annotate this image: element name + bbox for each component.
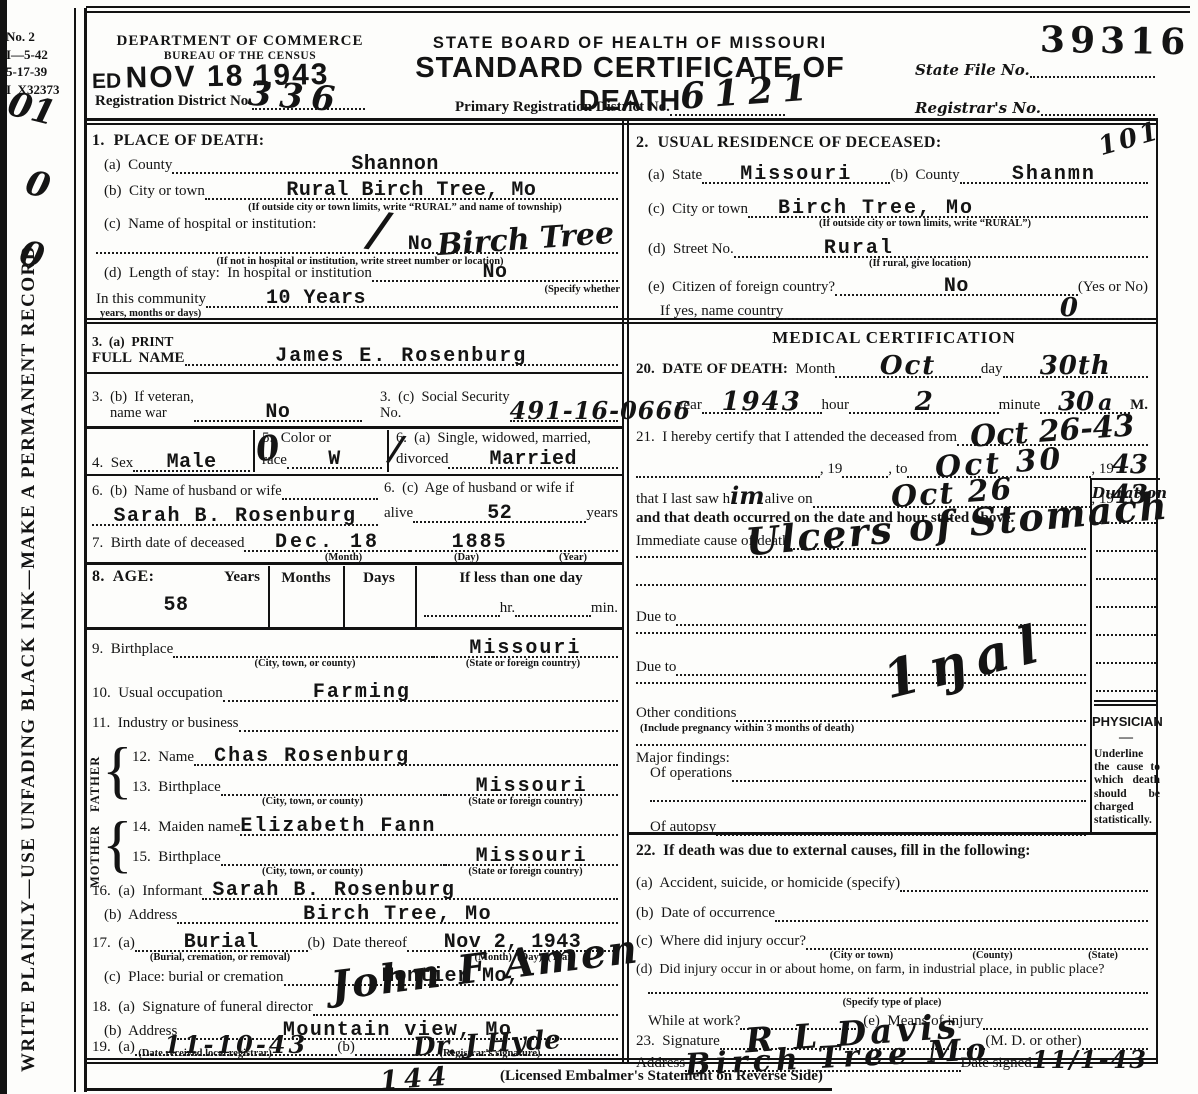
last-saw-label-1: that I last saw h [636, 491, 730, 508]
veteran-label-2: name war [92, 405, 167, 421]
cause-dotted-line [636, 584, 1086, 586]
accident-line: (a) Accident, suicide, or homicide (spec… [636, 870, 1148, 892]
age-less-header: If less than one day [424, 570, 618, 587]
birthplace-caption-2: (State or foreign country) [428, 658, 618, 670]
burial-place-label: (c) Place: burial or cremation [104, 969, 284, 986]
hospital-value-script: Birch Tree [436, 219, 615, 261]
date-of-death-line-2: year 1943 hour 2 minute 30 a M. [676, 388, 1148, 414]
registration-district-value: 336 [247, 77, 344, 118]
attended-label: 21. I hereby certify that I attended the… [636, 429, 957, 446]
accident-label: (a) Accident, suicide, or homicide (spec… [636, 875, 900, 892]
dod-hour-label: hour [822, 397, 850, 414]
marital-label-1: 6. (a) Single, widowed, married, [396, 430, 618, 447]
injury-caption-county: (County) [927, 950, 1058, 962]
foreign-country-line: If yes, name country 0 [660, 300, 1148, 320]
father-birthplace-value: Missouri [476, 775, 588, 798]
top-rule-1 [86, 6, 1190, 8]
foreign-country-scrawl: 0 [1060, 293, 1078, 323]
other-conditions-line: Other conditions [636, 702, 1086, 722]
occupation-label: 10. Usual occupation [92, 685, 223, 702]
attended-19b-year: 43 [1112, 452, 1148, 478]
father-birthplace-field-2: Missouri [445, 774, 618, 796]
informant-address-label: (b) Address [104, 907, 177, 924]
birthdate-label: 7. Birth date of deceased [92, 535, 244, 552]
operations-field [732, 780, 1086, 782]
birthdate-line: 7. Birth date of deceased Dec. 18 1885 [92, 528, 618, 552]
occurrence-date-field [775, 920, 1148, 922]
spouse-value: Sarah B. Rosenburg [113, 505, 356, 528]
header-board-title: STATE BOARD OF HEALTH OF MISSOURI [390, 34, 870, 53]
residence-state-county-line: (a) State Missouri (b) County Shanmn [648, 158, 1148, 184]
injury-caption-state: (State) [1058, 950, 1148, 962]
registrar-no-line: Registrar's No. [915, 92, 1155, 116]
center-divider-2 [627, 118, 629, 1062]
residence-county-field: Shanmn [960, 162, 1148, 184]
birthdate-month-field: Dec. 18 [244, 530, 410, 552]
spouse-age-label-1: 6. (c) Age of husband or wife if [384, 480, 618, 497]
full-name-label-2: FULL NAME [92, 350, 185, 366]
spouse-age-cell: 6. (c) Age of husband or wife if alive 5… [384, 480, 618, 526]
community-label: In this community [96, 291, 206, 308]
industry-field [239, 730, 618, 732]
length-of-stay-field: No [372, 260, 618, 282]
date-of-death-label: 20. DATE OF DEATH: [636, 361, 788, 378]
occurrence-date-label: (b) Date of occurrence [636, 905, 775, 922]
dod-hour-field: 2 [849, 386, 999, 414]
physician-header: PHYSICIAN [1092, 714, 1160, 729]
informant-address-value: Birch Tree, Mo [303, 903, 492, 926]
margin-rule-heavy [84, 8, 87, 1092]
veteran-field: No [194, 400, 362, 422]
birthdate-year-field: 1885 [410, 530, 548, 552]
state-file-line: State File No. [915, 54, 1155, 78]
attended-line-1: 21. I hereby certify that I attended the… [636, 420, 1148, 446]
cause-dotted-line [636, 556, 1086, 558]
injury-location-line: (c) Where did injury occur? [636, 928, 1148, 950]
rule-after-sex [86, 474, 624, 476]
mother-name-value: Elizabeth Fann [240, 815, 436, 838]
duration-double-rule-1 [1094, 700, 1158, 702]
form-ref: I—5-42 [6, 47, 48, 62]
veteran-value: No [265, 401, 290, 424]
ssn-line: 3. (c) Social SecurityNo. 491-16-0666 [380, 380, 618, 422]
full-name-label-1: 3. (a) PRINT [92, 334, 173, 349]
external-causes-heading: 22. If death was due to external causes,… [636, 842, 1030, 860]
disposition-field: Burial [135, 930, 308, 952]
father-name-field: Chas Rosenburg [194, 744, 618, 766]
residence-county-value: Shanmn [1012, 163, 1096, 186]
age-min-label: min. [591, 600, 618, 617]
section1-heading: 1. PLACE OF DEATH: [92, 132, 265, 150]
ssn-label-1: 3. (c) Social Security [380, 389, 510, 405]
duration-column: Duration PHYSICIAN — Underline the cause… [1090, 478, 1160, 832]
dod-day-label: day [981, 361, 1003, 378]
duration-dotted [1096, 662, 1156, 664]
due-to-label-2: Due to [636, 659, 676, 676]
occurrence-date-line: (b) Date of occurrence [636, 900, 1148, 922]
race-field: W [287, 447, 382, 469]
full-name-line: 3. (a) PRINTFULL NAME James E. Rosenburg [92, 332, 618, 366]
age-min-field [515, 615, 591, 617]
industry-line: 11. Industry or business [92, 710, 618, 732]
spouse-age-field: 52 [413, 501, 586, 523]
date-of-death-line-1: 20. DATE OF DEATH: Month Oct day 30th [636, 352, 1148, 378]
father-name-label: 12. Name [132, 749, 194, 766]
registrar-signature-number: (b) [337, 1039, 355, 1056]
duration-dotted [1096, 606, 1156, 608]
attended-lead-field [636, 476, 820, 478]
full-name-field: James E. Rosenburg [185, 344, 618, 366]
top-rule-2 [86, 11, 1190, 13]
primary-district-label: Primary Registration District No. [455, 99, 670, 116]
residence-street-label: (d) Street No. [648, 241, 734, 258]
veteran-label: 3. (b) If veteran,name war [92, 390, 194, 422]
spouse-age-label-2: alive [384, 505, 413, 522]
race-scrawl-mark: 0 [254, 431, 282, 468]
veteran-line: 3. (b) If veteran,name war No [92, 380, 362, 422]
rule-after-age [86, 627, 624, 630]
cause-dotted-line [650, 800, 1086, 802]
spouse-field: Sarah B. Rosenburg [92, 504, 378, 526]
medical-scrawl-mark: 1ŋal [878, 617, 1053, 708]
injury-location-captions: (City or town) (County) (State) [636, 950, 1148, 962]
registration-district-label: Registration District No. [95, 93, 252, 110]
dod-month-label: Month [788, 361, 836, 378]
age-years-value: 58 [92, 594, 260, 617]
place-city-caption: (If outside city or town limits, write “… [190, 202, 620, 214]
mother-name-field: Elizabeth Fann [240, 814, 618, 836]
injury-caption-city: (City or town) [796, 950, 927, 962]
section-rule [86, 322, 1156, 324]
section2-heading: 2. USUAL RESIDENCE OF DECEASED: [636, 134, 942, 152]
form-ref: 5-17-39 [6, 64, 47, 79]
rule-after-veteran [86, 426, 624, 429]
state-file-label: State File No. [915, 63, 1030, 78]
spouse-cell: 6. (b) Name of husband or wife Sarah B. … [92, 480, 378, 526]
sex-value: Male [167, 451, 217, 474]
duration-header: Duration [1092, 486, 1160, 501]
attended-19b-label: , 19 [1091, 461, 1114, 478]
place-county-label: (a) County [104, 157, 172, 174]
sex-label: 4. Sex [92, 455, 133, 472]
place-city-line: (b) City or town Rural Birch Tree, Mo [104, 176, 618, 200]
scan-edge-bar [0, 0, 7, 1094]
place-city-field: Rural Birch Tree, Mo [205, 178, 618, 200]
birthplace-field-2: Missouri [433, 636, 618, 658]
registrar-no-label: Registrar's No. [915, 101, 1041, 116]
residence-city-field: Birch Tree, Mo [748, 196, 1148, 218]
margin-rule-thin [74, 8, 76, 1092]
place-county-field: Shannon [172, 152, 618, 174]
ssn-field: 491-16-0666 [510, 396, 618, 422]
residence-county-label: (b) County [890, 167, 959, 184]
dod-year-value: 1943 [721, 387, 801, 417]
place-county-value: Shannon [351, 153, 439, 176]
birthdate-year-value: 1885 [452, 531, 508, 554]
rule-after-birthdate [86, 562, 624, 565]
rule-after-medical [629, 832, 1158, 835]
father-birthplace-captions: (City, town, or county) (State or foreig… [132, 796, 618, 808]
injury-location-label: (c) Where did injury occur? [636, 933, 806, 950]
community-value: 10 Years [266, 287, 366, 310]
place-county-line: (a) County Shannon [104, 150, 618, 174]
birthdate-month-value: Dec. 18 [275, 531, 380, 554]
age-months-header: Months [270, 570, 342, 587]
age-hr-label: hr. [500, 600, 515, 617]
duration-top-rule [1092, 478, 1160, 480]
mother-brace: { [102, 812, 133, 876]
length-of-stay-label: (d) Length of stay: In hospital or insti… [104, 265, 372, 282]
age-years-header: Years [224, 569, 260, 586]
primary-district-value: 6121 [679, 69, 817, 114]
dod-hour-value: 2 [915, 387, 933, 417]
dod-day-field: 30th [1003, 350, 1149, 378]
state-file-field [1030, 76, 1155, 78]
residence-city-line: (c) City or town Birch Tree, Mo [648, 192, 1148, 218]
disposition-number: 17. (a) [92, 935, 135, 952]
marital-value: Married [489, 448, 577, 471]
duration-double-rule-2 [1094, 704, 1158, 706]
spouse-age-value: 52 [487, 502, 512, 525]
dod-month-field: Oct [835, 350, 981, 378]
birthplace-captions: (City, town, or county) (State or foreig… [92, 658, 618, 670]
father-birthplace-label: 13. Birthplace [132, 779, 221, 796]
accident-field [900, 890, 1148, 892]
age-less-cell: If less than one day hr. min. [424, 570, 618, 624]
age-hr-field [424, 615, 500, 617]
bottom-final-rule [86, 1088, 832, 1091]
marital-line: divorced Married [396, 447, 618, 469]
residence-city-value: Birch Tree, Mo [778, 197, 974, 220]
informant-field: Sarah B. Rosenburg [202, 878, 618, 900]
disposition-value: Burial [184, 931, 259, 954]
occupation-field: Farming [223, 680, 618, 702]
father-birthplace-caption-1: (City, town, or county) [192, 796, 433, 808]
ssn-label-2: No. [380, 405, 401, 421]
medical-certification-heading: MEDICAL CERTIFICATION [634, 328, 1154, 348]
funeral-director-label: 18. (a) Signature of funeral director [92, 999, 313, 1016]
dod-day-value: 30th [1040, 351, 1111, 381]
full-name-label: 3. (a) PRINTFULL NAME [92, 335, 185, 366]
injury-place-caption: (Specify type of place) [636, 997, 1148, 1009]
residence-city-label: (c) City or town [648, 201, 748, 218]
sex-field: Male [133, 450, 250, 472]
community-line: In this community 10 Years [96, 284, 618, 308]
informant-address-field: Birch Tree, Mo [177, 902, 618, 924]
last-saw-label-2: alive on [765, 491, 813, 508]
residence-state-field: Missouri [702, 162, 890, 184]
mother-birthplace-field-2: Missouri [445, 844, 618, 866]
hospital-field: No Birch Tree [96, 222, 618, 254]
hospital-line: No Birch Tree [96, 228, 618, 254]
marital-field: Married [448, 447, 618, 469]
spouse-field-lead [282, 498, 378, 500]
bottom-rule-2 [86, 1062, 1158, 1064]
dod-year-field: 1943 [702, 386, 822, 414]
embalmer-note: (Licensed Embalmer's Statement on Revers… [500, 1068, 823, 1085]
informant-value: Sarah B. Rosenburg [212, 879, 455, 902]
community-field: 10 Years [206, 286, 618, 308]
ssn-label: 3. (c) Social SecurityNo. [380, 390, 510, 422]
occupation-line: 10. Usual occupation Farming [92, 678, 618, 702]
duration-dotted [1096, 690, 1156, 692]
injury-place-question: (d) Did injury occur in or about home, o… [636, 962, 1156, 978]
dod-month-value: Oct [880, 351, 937, 381]
duration-dotted [1096, 550, 1156, 552]
mother-name-line: 14. Maiden name Elizabeth Fann [132, 812, 618, 836]
full-name-value: James E. Rosenburg [275, 345, 527, 368]
place-city-value: Rural Birch Tree, Mo [286, 179, 536, 202]
father-brace: { [102, 738, 133, 802]
informant-line: 16. (a) Informant Sarah B. Rosenburg [92, 876, 618, 900]
physician-note: Underline the cause to which death shoul… [1092, 748, 1162, 827]
foreign-country-field: 0 [783, 292, 1148, 320]
duration-dotted [1096, 522, 1156, 524]
marital-cell: 6. (a) Single, widowed, married, divorce… [396, 430, 618, 472]
other-conditions-caption: (Include pregnancy within 3 months of de… [640, 722, 854, 734]
father-birthplace-line: 13. Birthplace Missouri [132, 772, 618, 796]
form-ref: No. 2 [6, 29, 35, 44]
date-signed-value: 11/1-43 [1032, 1048, 1148, 1072]
length-of-stay-value: No [482, 261, 507, 284]
birthplace-label: 9. Birthplace [92, 641, 173, 658]
cause-dotted-line [636, 682, 1086, 684]
duration-dotted [1096, 578, 1156, 580]
age-days-header: Days [345, 570, 413, 587]
other-conditions-label: Other conditions [636, 705, 736, 722]
mother-name-label: 14. Maiden name [132, 819, 240, 836]
marital-label-2: divorced [396, 451, 448, 468]
disposition-date-label: (b) Date thereof [308, 935, 408, 952]
bottom-rule-1 [86, 1058, 1158, 1060]
death-certificate-scan: No. 2I—5-425-17-39I X32373 01 0 0 WRITE … [0, 0, 1198, 1094]
center-divider-1 [622, 118, 624, 1062]
dod-month-label-text: Month [795, 361, 835, 377]
place-city-label: (b) City or town [104, 183, 205, 200]
race-label-1: 5. Color or [262, 430, 382, 447]
birthplace-caption-1: (City, town, or county) [182, 658, 428, 670]
sex-cell: 4. Sex Male [92, 434, 250, 472]
residence-street-field: Rural [734, 236, 1148, 258]
hospital-value-typed: No [408, 233, 433, 256]
physician-dash: — [1092, 730, 1160, 746]
father-group-label: FATHER [88, 756, 103, 812]
father-name-line: 12. Name Chas Rosenburg [132, 742, 618, 766]
header-department: DEPARTMENT OF COMMERCE [110, 33, 370, 50]
industry-label: 11. Industry or business [92, 715, 239, 732]
residence-city-caption: (If outside city or town limits, write “… [760, 218, 1090, 230]
residence-state-label: (a) State [648, 167, 702, 184]
foreign-country-label: If yes, name country [660, 303, 783, 320]
due-to-label-1: Due to [636, 609, 676, 626]
mother-birthplace-value: Missouri [476, 845, 588, 868]
age-cell-years: 8. AGE: Years 58 [92, 568, 260, 626]
injury-place-dotted [648, 992, 1148, 994]
operations-line: Of operations [650, 764, 1086, 782]
informant-address-line: (b) Address Birch Tree, Mo [104, 902, 618, 924]
father-name-value: Chas Rosenburg [214, 745, 410, 768]
residence-street-value: Rural [824, 237, 894, 260]
father-birthplace-caption-2: (State or foreign country) [433, 796, 618, 808]
operations-label: Of operations [650, 765, 732, 782]
cell-divider [415, 566, 417, 627]
informant-label: 16. (a) Informant [92, 883, 202, 900]
spouse-label: 6. (b) Name of husband or wife [92, 483, 282, 500]
birthplace-line: 9. Birthplace Missouri [92, 634, 618, 658]
length-of-stay-line: (d) Length of stay: In hospital or insti… [104, 258, 618, 282]
residence-street-caption: (If rural, give location) [820, 258, 1020, 270]
cause-dotted-line [636, 744, 1086, 746]
attended-line-2: , 19 , to Oct 30 , 19 43 [636, 452, 1148, 478]
mother-birthplace-label: 15. Birthplace [132, 849, 221, 866]
registrar-no-field [1041, 114, 1155, 116]
birthplace-value: Missouri [469, 637, 581, 660]
spouse-age-tail: years [586, 505, 618, 522]
age-heading: 8. AGE: [92, 568, 154, 586]
rule-after-name [86, 372, 624, 374]
race-value: W [328, 448, 341, 471]
mother-birthplace-line: 15. Birthplace Missouri [132, 842, 618, 866]
residence-state-value: Missouri [740, 163, 852, 186]
dod-minute-label: minute [999, 397, 1041, 414]
margin-vertical-instruction: WRITE PLAINLY—USE UNFADING BLACK INK—MAK… [18, 112, 40, 1072]
residence-street-line: (d) Street No. Rural [648, 232, 1148, 258]
duration-dotted [1096, 634, 1156, 636]
veteran-label-1: 3. (b) If veteran, [92, 389, 194, 405]
occupation-value: Farming [313, 681, 411, 704]
funeral-director-field [313, 1014, 618, 1016]
dod-year-label: year [676, 397, 702, 414]
last-saw-him-script: im [730, 484, 765, 508]
